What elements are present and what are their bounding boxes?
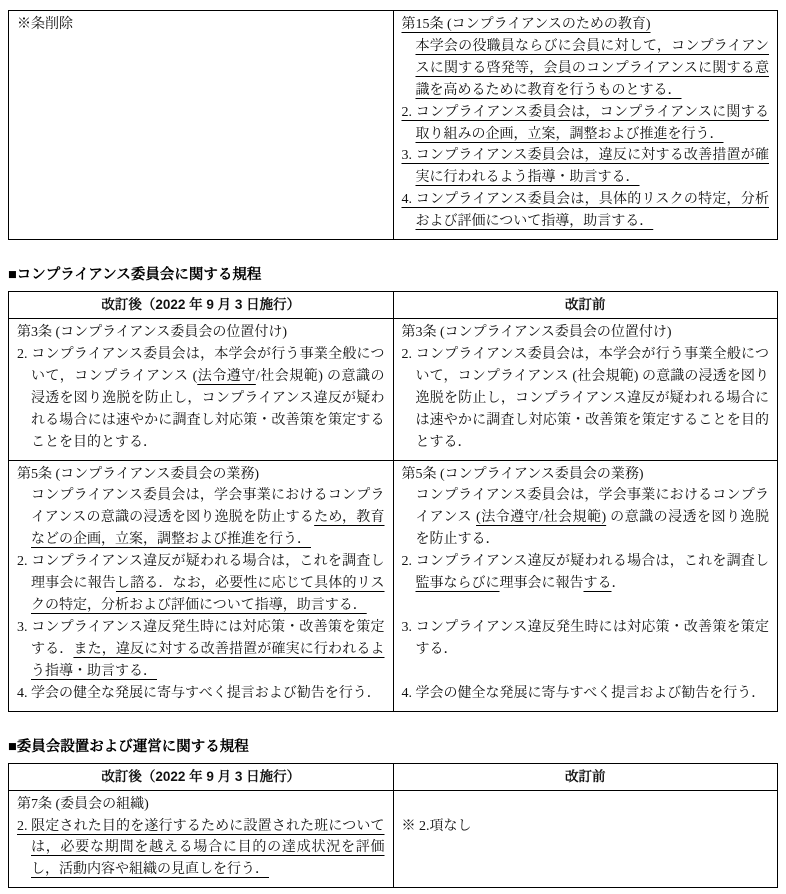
committee-operation-revision-table: 改訂後（2022 年 9 月 3 日施行） 改訂前 第7条 (委員会の組織) 2… — [8, 763, 778, 889]
cell-deleted-note: ※条削除 — [9, 11, 394, 240]
article-heading: 第7条 (委員会の組織) — [17, 794, 385, 816]
clause-paragraph: コンプライアンス委員会は，学会事業におけるコンプライアンス (法令遵守/社会規範… — [402, 485, 770, 551]
table-header: 改訂後（2022 年 9 月 3 日施行） 改訂前 — [9, 292, 778, 319]
clause-item: 4. 学会の健全な発展に寄与すべく提言および勧告を行う． — [17, 683, 385, 705]
cell-article-3-before: 第3条 (コンプライアンス委員会の位置付け) 2. コンプライアンス委員会は，本… — [393, 319, 778, 460]
header-row: 改訂後（2022 年 9 月 3 日施行） 改訂前 — [9, 292, 778, 319]
column-header-after-revision: 改訂後（2022 年 9 月 3 日施行） — [9, 292, 394, 319]
clause-item: 4. コンプライアンス委員会は，具体的リスクの特定，分析および評価について指導，… — [402, 189, 770, 233]
article-heading: 第3条 (コンプライアンス委員会の位置付け) — [402, 322, 770, 344]
clause-item: 2. コンプライアンス違反が疑われる場合は，これを調査し理事会に報告し諮る．なお… — [17, 551, 385, 617]
clause-item: 3. コンプライアンス違反発生時には対応策・改善策を策定する．また，違反に対する… — [17, 617, 385, 683]
table-row: ※条削除 第15条 (コンプライアンスのための教育) 本学会の役職員ならびに会員… — [9, 11, 778, 240]
clause-item: 3. コンプライアンス違反発生時には対応策・改善策を策定する． — [402, 617, 770, 661]
clause-item: 2. 限定された目的を遂行するために設置された班については，必要な期間を越える場… — [17, 816, 385, 882]
table-row-article-5: 第5条 (コンプライアンス委員会の業務) コンプライアンス委員会は，学会事業にお… — [9, 460, 778, 711]
clause-item: 4. 学会の健全な発展に寄与すべく提言および勧告を行う． — [402, 683, 770, 705]
column-header-before-revision: 改訂前 — [393, 763, 778, 790]
note-text: ※ 2.項なし — [402, 816, 770, 838]
cell-article-7-before: ※ 2.項なし — [393, 790, 778, 888]
clause-item: 2. コンプライアンス委員会は，本学会が行う事業全般について，コンプライアンス … — [17, 344, 385, 454]
cell-article-3-after: 第3条 (コンプライアンス委員会の位置付け) 2. コンプライアンス委員会は，本… — [9, 319, 394, 460]
deleted-article-table-body: ※条削除 第15条 (コンプライアンスのための教育) 本学会の役職員ならびに会員… — [9, 11, 778, 240]
clause-item: 3. コンプライアンス委員会は，違反に対する改善措置が確実に行われるよう指導・助… — [402, 145, 770, 189]
column-header-before-revision: 改訂前 — [393, 292, 778, 319]
article-heading: 第15条 (コンプライアンスのための教育) — [402, 14, 770, 36]
clause-item: 2. コンプライアンス違反が疑われる場合は，これを調査し監事ならびに理事会に報告… — [402, 551, 770, 595]
clause-item: 2. コンプライアンス委員会は，本学会が行う事業全般について，コンプライアンス … — [402, 344, 770, 454]
article-heading: 第5条 (コンプライアンス委員会の業務) — [402, 464, 770, 486]
clause-paragraph: コンプライアンス委員会は，学会事業におけるコンプライアンスの意識の浸透を図り逸脱… — [17, 485, 385, 551]
article-heading: 第3条 (コンプライアンス委員会の位置付け) — [17, 322, 385, 344]
compliance-committee-revision-table: 改訂後（2022 年 9 月 3 日施行） 改訂前 第3条 (コンプライアンス委… — [8, 291, 778, 712]
note-text: ※条削除 — [17, 14, 385, 36]
deleted-article-table: ※条削除 第15条 (コンプライアンスのための教育) 本学会の役職員ならびに会員… — [8, 10, 778, 240]
article-heading: 第5条 (コンプライアンス委員会の業務) — [17, 464, 385, 486]
cell-article-5-before: 第5条 (コンプライアンス委員会の業務) コンプライアンス委員会は，学会事業にお… — [393, 460, 778, 711]
table-row-article-7: 第7条 (委員会の組織) 2. 限定された目的を遂行するために設置された班につい… — [9, 790, 778, 888]
cell-article-5-after: 第5条 (コンプライアンス委員会の業務) コンプライアンス委員会は，学会事業にお… — [9, 460, 394, 711]
cell-new-article-15: 第15条 (コンプライアンスのための教育) 本学会の役職員ならびに会員に対して，… — [393, 11, 778, 240]
table-row-article-3: 第3条 (コンプライアンス委員会の位置付け) 2. コンプライアンス委員会は，本… — [9, 319, 778, 460]
clause-paragraph: 本学会の役職員ならびに会員に対して，コンプライアンスに関する啓発等，会員のコンプ… — [402, 36, 770, 102]
section-heading-compliance-committee: ■コンプライアンス委員会に関する規程 — [8, 266, 778, 284]
section-heading-committee-operation: ■委員会設置および運営に関する規程 — [8, 738, 778, 756]
cell-article-7-after: 第7条 (委員会の組織) 2. 限定された目的を遂行するために設置された班につい… — [9, 790, 394, 888]
table-header: 改訂後（2022 年 9 月 3 日施行） 改訂前 — [9, 763, 778, 790]
header-row: 改訂後（2022 年 9 月 3 日施行） 改訂前 — [9, 763, 778, 790]
clause-item: 2. コンプライアンス委員会は，コンプライアンスに関する取り組みの企画，立案，調… — [402, 102, 770, 146]
compliance-committee-table-body: 第3条 (コンプライアンス委員会の位置付け) 2. コンプライアンス委員会は，本… — [9, 319, 778, 712]
regulation-revision-document: ※条削除 第15条 (コンプライアンスのための教育) 本学会の役職員ならびに会員… — [0, 0, 786, 894]
committee-operation-table-body: 第7条 (委員会の組織) 2. 限定された目的を遂行するために設置された班につい… — [9, 790, 778, 888]
column-header-after-revision: 改訂後（2022 年 9 月 3 日施行） — [9, 763, 394, 790]
